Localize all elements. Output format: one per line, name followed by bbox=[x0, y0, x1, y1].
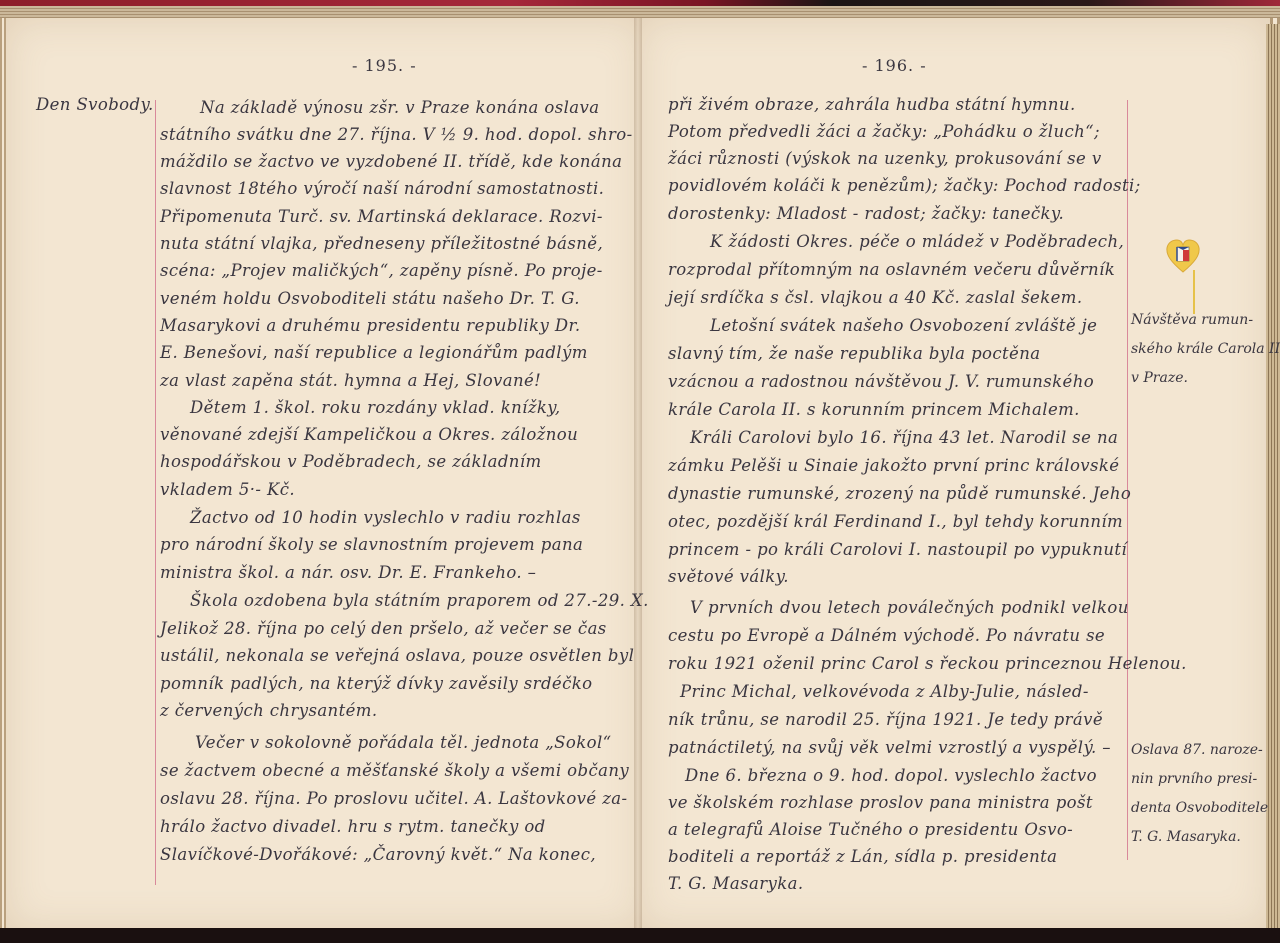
left-margin-rule bbox=[155, 100, 156, 885]
text-line: hrálo žactvo divadel. hru s rytm. tanečk… bbox=[160, 817, 546, 836]
page-number-right: - 196. - bbox=[862, 56, 927, 75]
text-line: otec, pozdější král Ferdinand I., byl te… bbox=[668, 512, 1123, 531]
text-line: krále Carola II. s korunním princem Mich… bbox=[668, 400, 1080, 419]
text-line: pro národní školy se slavnostním projeve… bbox=[160, 535, 583, 554]
text-line: světové války. bbox=[668, 567, 789, 586]
text-line: zámku Pelěši u Sinaie jakožto první prin… bbox=[668, 456, 1119, 475]
margin-note-line: Oslava 87. naroze- bbox=[1131, 736, 1268, 765]
text-line: povidlovém koláči k penězům); žačky: Poc… bbox=[668, 176, 1141, 195]
text-line: vzácnou a radostnou návštěvou J. V. rumu… bbox=[668, 372, 1094, 391]
text-line: nuta státní vlajka, předneseny příležito… bbox=[160, 234, 603, 253]
text-line: hospodářskou v Poděbradech, se základním bbox=[160, 452, 542, 471]
margin-note-masaryk: Oslava 87. naroze- nin prvního presi- de… bbox=[1131, 736, 1268, 852]
text-line: Letošní svátek našeho Osvobození zvláště… bbox=[710, 316, 1097, 335]
text-line: patnáctiletý, na svůj věk velmi vzrostlý… bbox=[668, 738, 1111, 757]
text-line: boditeli a reportáž z Lán, sídla p. pres… bbox=[668, 847, 1057, 866]
text-line: E. Benešovi, naší republice a legionářům… bbox=[160, 343, 588, 362]
text-line: Škola ozdobena byla státním praporem od … bbox=[190, 591, 649, 610]
margin-note-visit: Návštěva rumun- ského krále Carola II. v… bbox=[1131, 306, 1280, 393]
text-line: Dětem 1. škol. roku rozdány vklad. knížk… bbox=[190, 398, 561, 417]
text-line: Žactvo od 10 hodin vyslechlo v radiu roz… bbox=[190, 508, 581, 527]
text-line: Slavíčkové-Dvořákové: „Čarovný květ.“ Na… bbox=[160, 845, 596, 864]
text-line: ve školském rozhlase proslov pana minist… bbox=[668, 793, 1093, 812]
text-line: Večer v sokolovně pořádala těl. jednota … bbox=[195, 733, 611, 752]
text-line: T. G. Masaryka. bbox=[668, 874, 803, 893]
text-line: Potom předvedli žáci a žačky: „Pohádku o… bbox=[668, 122, 1100, 141]
margin-note-line: v Praze. bbox=[1131, 364, 1280, 393]
text-line: Jelikož 28. října po celý den pršelo, až… bbox=[160, 619, 607, 638]
right-margin-rule bbox=[1127, 100, 1128, 860]
text-line: dynastie rumunské, zrozený na půdě rumun… bbox=[668, 484, 1131, 503]
text-line: slavný tím, že naše republika byla poctě… bbox=[668, 344, 1040, 363]
text-line: máždilo se žactvo ve vyzdobené II. třídě… bbox=[160, 152, 622, 171]
text-line: a telegrafů Aloise Tučného o presidentu … bbox=[668, 820, 1073, 839]
text-line: K žádosti Okres. péče o mládež v Poděbra… bbox=[710, 232, 1124, 251]
text-line: cestu po Evropě a Dálném východě. Po náv… bbox=[668, 626, 1105, 645]
text-line: při živém obraze, zahrála hudba státní h… bbox=[668, 95, 1076, 114]
text-line: státního svátku dne 27. října. V ½ 9. ho… bbox=[160, 125, 633, 144]
text-line: se žactvem obecné a měšťanské školy a vš… bbox=[160, 761, 629, 780]
margin-note-line: Návštěva rumun- bbox=[1131, 306, 1280, 335]
text-line: oslavu 28. října. Po proslovu učitel. A.… bbox=[160, 789, 628, 808]
text-line: scéna: „Projev maličkých“, zapěny písně.… bbox=[160, 261, 603, 280]
text-line: V prvních dvou letech poválečných podnik… bbox=[690, 598, 1129, 617]
page-number-left: - 195. - bbox=[352, 56, 417, 75]
book-cover-bottom bbox=[0, 928, 1280, 943]
text-line: vkladem 5·- Kč. bbox=[160, 480, 295, 499]
text-line: pomník padlých, na kterýž dívky zavěsily… bbox=[160, 674, 592, 693]
book-gutter bbox=[634, 18, 642, 930]
text-line: dorostenky: Mladost - radost; žačky: tan… bbox=[668, 204, 1064, 223]
text-line: Připomenuta Turč. sv. Martinská deklarac… bbox=[160, 207, 603, 226]
text-line: veném holdu Osvoboditeli státu našeho Dr… bbox=[160, 289, 580, 308]
text-line: z červených chrysantém. bbox=[160, 701, 377, 720]
text-line: Na základě výnosu zšr. v Praze konána os… bbox=[200, 98, 599, 117]
text-line: ministra škol. a nár. osv. Dr. E. Franke… bbox=[160, 563, 536, 582]
margin-note-line: ského krále Carola II. bbox=[1131, 335, 1280, 364]
margin-heading: Den Svobody. bbox=[36, 95, 154, 114]
margin-note-line: denta Osvoboditele bbox=[1131, 794, 1268, 823]
text-line: Princ Michal, velkovévoda z Alby-Julie, … bbox=[680, 682, 1089, 701]
text-line: ník trůnu, se narodil 25. října 1921. Je… bbox=[668, 710, 1103, 729]
text-line: rozprodal přítomným na oslavném večeru d… bbox=[668, 260, 1115, 279]
text-line: Masarykovi a druhému presidentu republik… bbox=[160, 316, 581, 335]
text-line: její srdíčka s čsl. vlajkou a 40 Kč. zas… bbox=[668, 288, 1082, 307]
text-line: Králi Carolovi bylo 16. října 43 let. Na… bbox=[690, 428, 1118, 447]
margin-note-line: nin prvního presi- bbox=[1131, 765, 1268, 794]
text-line: Dne 6. března o 9. hod. dopol. vyslechlo… bbox=[685, 766, 1097, 785]
text-line: žáci různosti (výskok na uzenky, prokuso… bbox=[668, 149, 1102, 168]
heart-flag-badge-icon bbox=[1165, 238, 1201, 274]
margin-note-line: T. G. Masaryka. bbox=[1131, 823, 1268, 852]
text-line: ustálil, nekonala se veřejná oslava, pou… bbox=[160, 646, 634, 665]
text-line: věnované zdejší Kampeličkou a Okres. zál… bbox=[160, 425, 578, 444]
text-line: slavnost 18tého výročí naší národní samo… bbox=[160, 179, 604, 198]
text-line: za vlast zapěna stát. hymna a Hej, Slova… bbox=[160, 371, 541, 390]
text-line: roku 1921 oženil princ Carol s řeckou pr… bbox=[668, 654, 1187, 673]
text-line: princem - po králi Carolovi I. nastoupil… bbox=[668, 540, 1127, 559]
